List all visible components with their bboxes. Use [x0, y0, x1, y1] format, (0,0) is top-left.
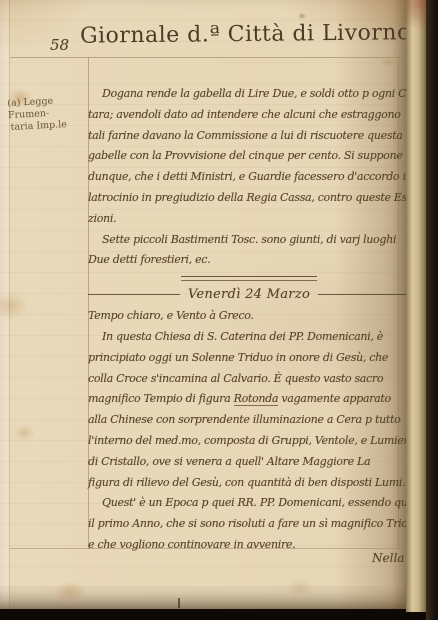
journal-line: Due detti forestieri, ec. [88, 250, 410, 271]
journal-line-rotonda: magnifico Tempio di figura Rotonda vagam… [88, 389, 410, 410]
journal-line: zioni. [88, 209, 410, 230]
book-binding-edge [426, 0, 438, 620]
journal-line: e che vogliono continovare in avvenire. [88, 535, 410, 556]
journal-line: principiato oggi un Solenne Triduo in on… [88, 348, 410, 369]
catchword: Nella [372, 551, 404, 565]
journal-line-fragment: vagamente apparato [278, 392, 391, 405]
journal-text-block: Dogana rende la gabella di Lire Due, e s… [88, 84, 410, 556]
journal-line: Dogana rende la gabella di Lire Due, e s… [88, 84, 410, 105]
journal-line: In questa Chiesa di S. Caterina dei PP. … [88, 327, 410, 348]
journal-line: tara; avendoli dato ad intendere che alc… [88, 105, 410, 126]
journal-line: Sette piccoli Bastimenti Tosc. sono giun… [88, 230, 410, 251]
underlined-word: Rotonda [234, 392, 279, 406]
journal-line: Quest' è un Epoca p quei RR. PP. Domenic… [88, 493, 410, 514]
text-frame-top-line [10, 57, 400, 58]
margin-note: (a) Legge Frumen- taria Imp.le [7, 94, 89, 134]
journal-line: l'interno del med.mo, composta di Gruppi… [88, 431, 410, 452]
journal-line: tali farine davano la Commissione a lui … [88, 126, 410, 147]
date-heading: Venerdì 24 Marzo [180, 287, 318, 302]
journal-line: alla Chinese con sorprendente illuminazi… [88, 410, 410, 431]
manuscript-photo: 58 Giornale d.ª Città di Livorno (a) Leg… [0, 0, 438, 620]
journal-line: colla Croce s'incamina al Calvario. È qu… [88, 369, 410, 390]
journal-line-fragment: magnifico Tempio di figura [88, 392, 234, 405]
journal-line: gabelle con la Provvisione del cinque pe… [88, 146, 410, 167]
margin-rule-line [9, 0, 10, 609]
date-heading-row: Venerdì 24 Marzo [88, 284, 410, 304]
journal-line: dunque, che i detti Ministri, e Guardie … [88, 167, 410, 188]
date-rule-right [318, 294, 410, 295]
journal-line: il primo Anno, che si sono risoluti a fa… [88, 514, 410, 535]
journal-line: figura di rilievo del Gesù, con quantità… [88, 473, 410, 494]
section-divider-rule [181, 276, 317, 281]
page-number: 58 [50, 36, 69, 54]
page-title: Giornale d.ª Città di Livorno [80, 20, 404, 48]
journal-line: di Cristallo, ove si venera a quell' Alt… [88, 452, 410, 473]
journal-line: latrocinio in pregiudizio della Regia Ca… [88, 188, 410, 209]
adjacent-page-edge [406, 0, 428, 612]
paper-page: 58 Giornale d.ª Città di Livorno (a) Leg… [0, 0, 408, 609]
journal-line: Tempo chiaro, e Vento à Greco. [88, 306, 410, 327]
page-edge-mark [178, 598, 180, 608]
date-rule-left [88, 294, 180, 295]
